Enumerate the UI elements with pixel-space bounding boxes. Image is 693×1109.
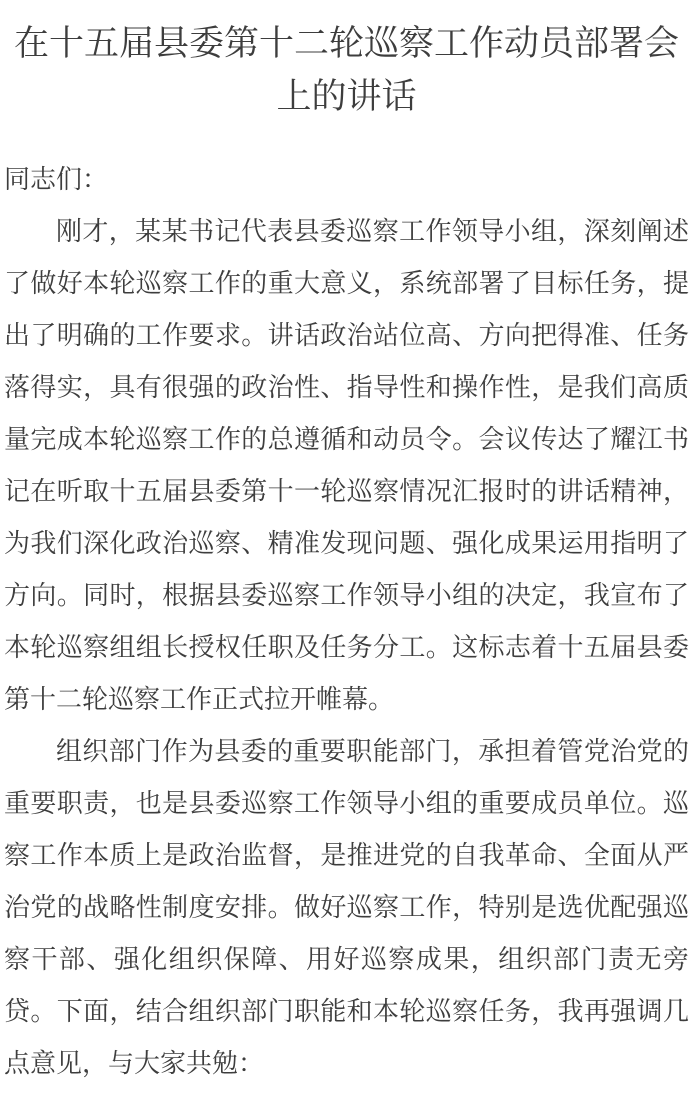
document-page: 在十五届县委第十二轮巡察工作动员部署会 上的讲话 同志们： 刚才，某某书记代表县…: [0, 0, 693, 1109]
paragraph-2: 组织部门作为县委的重要职能部门，承担着管党治党的重要职责，也是县委巡察工作领导小…: [4, 725, 689, 1089]
document-title: 在十五届县委第十二轮巡察工作动员部署会 上的讲话: [4, 17, 689, 123]
paragraph-1: 刚才，某某书记代表县委巡察工作领导小组，深刻阐述了做好本轮巡察工作的重大意义，系…: [4, 205, 689, 725]
greeting-line: 同志们：: [4, 153, 689, 205]
